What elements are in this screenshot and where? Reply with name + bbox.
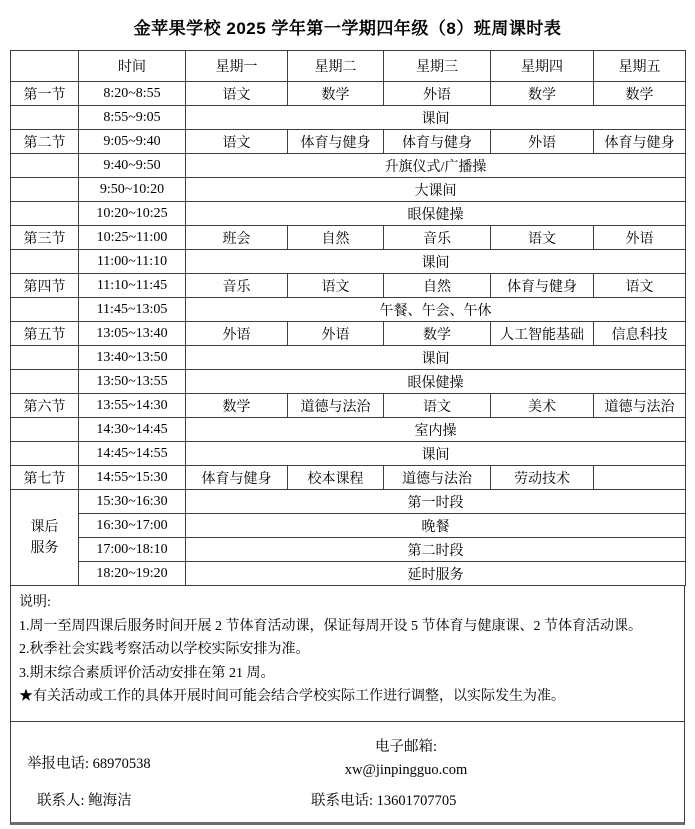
timetable-row: 11:00~11:10 课间 [11,250,686,274]
time-cell: 9:05~9:40 [79,130,186,154]
subject-cell: 体育与健身 [491,274,594,298]
period-cell [11,106,79,130]
activity-cell: 室内操 [186,418,686,442]
timetable-row: 14:45~14:55 课间 [11,442,686,466]
time-cell: 10:25~11:00 [79,226,186,250]
time-cell: 18:20~19:20 [79,562,186,586]
page-title: 金苹果学校 2025 学年第一学期四年级（8）班周课时表 [0,14,695,39]
col-header-wednesday: 星期三 [384,51,491,82]
note-item: ★有关活动或工作的具体开展时间可能会结合学校实际工作进行调整，以实际发生为准。 [19,685,676,709]
timetable-row: 第五节 13:05~13:40 外语 外语 数学 人工智能基础 信息科技 [11,322,686,346]
time-cell: 9:50~10:20 [79,178,186,202]
activity-cell: 晚餐 [186,514,686,538]
col-header-tuesday: 星期二 [288,51,384,82]
subject-cell: 自然 [288,226,384,250]
notes-section: 说明: 1.周一至周四课后服务时间开展 2 节体育活动课，保证每周开设 5 节体… [10,585,685,722]
notes-heading: 说明: [19,591,676,615]
activity-cell: 延时服务 [186,562,686,586]
time-cell: 13:50~13:55 [79,370,186,394]
col-header-period [11,51,79,82]
note-item: 2.秋季社会实践考察活动以学校实际安排为准。 [19,638,676,662]
period-cell [11,346,79,370]
subject-cell: 语文 [186,130,288,154]
subject-cell: 道德与法治 [594,394,686,418]
timetable-row: 11:45~13:05 午餐、午会、午休 [11,298,686,322]
period-cell [11,202,79,226]
subject-cell: 音乐 [384,226,491,250]
activity-cell: 课间 [186,106,686,130]
subject-cell: 美术 [491,394,594,418]
contact-person: 联系人: 鲍海洁 [37,789,132,810]
timetable-row: 13:40~13:50 课间 [11,346,686,370]
timetable-row: 14:30~14:45 室内操 [11,418,686,442]
activity-cell: 午餐、午会、午休 [186,298,686,322]
email-address: xw@jinpingguo.com [266,759,546,782]
period-cell: 第二节 [11,130,79,154]
timetable-row: 第一节 8:20~8:55 语文 数学 外语 数学 数学 [11,82,686,106]
time-cell: 9:40~9:50 [79,154,186,178]
timetable-row: 第三节 10:25~11:00 班会 自然 音乐 语文 外语 [11,226,686,250]
timetable-row: 9:40~9:50 升旗仪式/广播操 [11,154,686,178]
activity-cell: 眼保健操 [186,370,686,394]
time-cell: 15:30~16:30 [79,490,186,514]
subject-cell [594,466,686,490]
contact-phone: 联系电话: 13601707705 [311,789,456,810]
timetable-row: 第六节 13:55~14:30 数学 道德与法治 语文 美术 道德与法治 [11,394,686,418]
col-header-monday: 星期一 [186,51,288,82]
subject-cell: 道德与法治 [384,466,491,490]
period-cell: 第一节 [11,82,79,106]
subject-cell: 外语 [186,322,288,346]
timetable-row: 第四节 11:10~11:45 音乐 语文 自然 体育与健身 语文 [11,274,686,298]
period-cell: 第六节 [11,394,79,418]
time-cell: 13:05~13:40 [79,322,186,346]
subject-cell: 体育与健身 [594,130,686,154]
after-school-label: 课后服务 [31,517,59,559]
subject-cell: 语文 [384,394,491,418]
time-cell: 8:20~8:55 [79,82,186,106]
period-cell: 第七节 [11,466,79,490]
period-cell [11,154,79,178]
time-cell: 13:55~14:30 [79,394,186,418]
activity-cell: 课间 [186,250,686,274]
time-cell: 10:20~10:25 [79,202,186,226]
subject-cell: 外语 [384,82,491,106]
timetable-row: 17:00~18:10 第二时段 [11,538,686,562]
subject-cell: 信息科技 [594,322,686,346]
period-cell [11,298,79,322]
time-cell: 14:30~14:45 [79,418,186,442]
timetable-row: 9:50~10:20 大课间 [11,178,686,202]
subject-cell: 外语 [594,226,686,250]
subject-cell: 体育与健身 [186,466,288,490]
time-cell: 11:45~13:05 [79,298,186,322]
subject-cell: 道德与法治 [288,394,384,418]
timetable-row: 第二节 9:05~9:40 语文 体育与健身 体育与健身 外语 体育与健身 [11,130,686,154]
activity-cell: 大课间 [186,178,686,202]
timetable-row: 第七节 14:55~15:30 体育与健身 校本课程 道德与法治 劳动技术 [11,466,686,490]
activity-cell: 第一时段 [186,490,686,514]
time-cell: 11:10~11:45 [79,274,186,298]
time-cell: 14:45~14:55 [79,442,186,466]
email-block: 电子邮箱: xw@jinpingguo.com [266,736,546,782]
report-phone: 举报电话: 68970538 [27,752,151,773]
time-cell: 8:55~9:05 [79,106,186,130]
subject-cell: 数学 [491,82,594,106]
activity-cell: 眼保健操 [186,202,686,226]
subject-cell: 语文 [186,82,288,106]
period-cell: 第四节 [11,274,79,298]
col-header-thursday: 星期四 [491,51,594,82]
subject-cell: 语文 [491,226,594,250]
period-cell [11,370,79,394]
activity-cell: 升旗仪式/广播操 [186,154,686,178]
time-cell: 14:55~15:30 [79,466,186,490]
period-cell: 第五节 [11,322,79,346]
subject-cell: 数学 [288,82,384,106]
activity-cell: 课间 [186,346,686,370]
timetable-row: 课后服务 15:30~16:30 第一时段 [11,490,686,514]
time-cell: 13:40~13:50 [79,346,186,370]
subject-cell: 校本课程 [288,466,384,490]
timetable-row: 13:50~13:55 眼保健操 [11,370,686,394]
timetable-row: 16:30~17:00 晚餐 [11,514,686,538]
subject-cell: 班会 [186,226,288,250]
after-school-label-cell: 课后服务 [11,490,79,586]
subject-cell: 语文 [288,274,384,298]
subject-cell: 劳动技术 [491,466,594,490]
subject-cell: 自然 [384,274,491,298]
timetable-header-row: 时间 星期一 星期二 星期三 星期四 星期五 [11,51,686,82]
timetable: 时间 星期一 星期二 星期三 星期四 星期五 第一节 8:20~8:55 语文 … [10,50,686,586]
subject-cell: 音乐 [186,274,288,298]
timetable-document: 金苹果学校 2025 学年第一学期四年级（8）班周课时表 时间 星期一 星期二 … [0,0,695,829]
period-cell [11,250,79,274]
timetable-row: 8:55~9:05 课间 [11,106,686,130]
subject-cell: 人工智能基础 [491,322,594,346]
email-label: 电子邮箱: [266,736,546,759]
col-header-friday: 星期五 [594,51,686,82]
time-cell: 16:30~17:00 [79,514,186,538]
activity-cell: 课间 [186,442,686,466]
col-header-time: 时间 [79,51,186,82]
subject-cell: 数学 [384,322,491,346]
timetable-row: 18:20~19:20 延时服务 [11,562,686,586]
activity-cell: 第二时段 [186,538,686,562]
note-item: 3.期末综合素质评价活动安排在第 21 周。 [19,662,676,686]
time-cell: 17:00~18:10 [79,538,186,562]
period-cell [11,178,79,202]
period-cell: 第三节 [11,226,79,250]
subject-cell: 语文 [594,274,686,298]
subject-cell: 体育与健身 [288,130,384,154]
note-item: 1.周一至周四课后服务时间开展 2 节体育活动课，保证每周开设 5 节体育与健康… [19,615,676,639]
subject-cell: 数学 [594,82,686,106]
subject-cell: 外语 [491,130,594,154]
subject-cell: 数学 [186,394,288,418]
subject-cell: 体育与健身 [384,130,491,154]
time-cell: 11:00~11:10 [79,250,186,274]
period-cell [11,442,79,466]
footer-section: 举报电话: 68970538 电子邮箱: xw@jinpingguo.com 联… [10,721,685,825]
period-cell [11,418,79,442]
timetable-row: 10:20~10:25 眼保健操 [11,202,686,226]
subject-cell: 外语 [288,322,384,346]
